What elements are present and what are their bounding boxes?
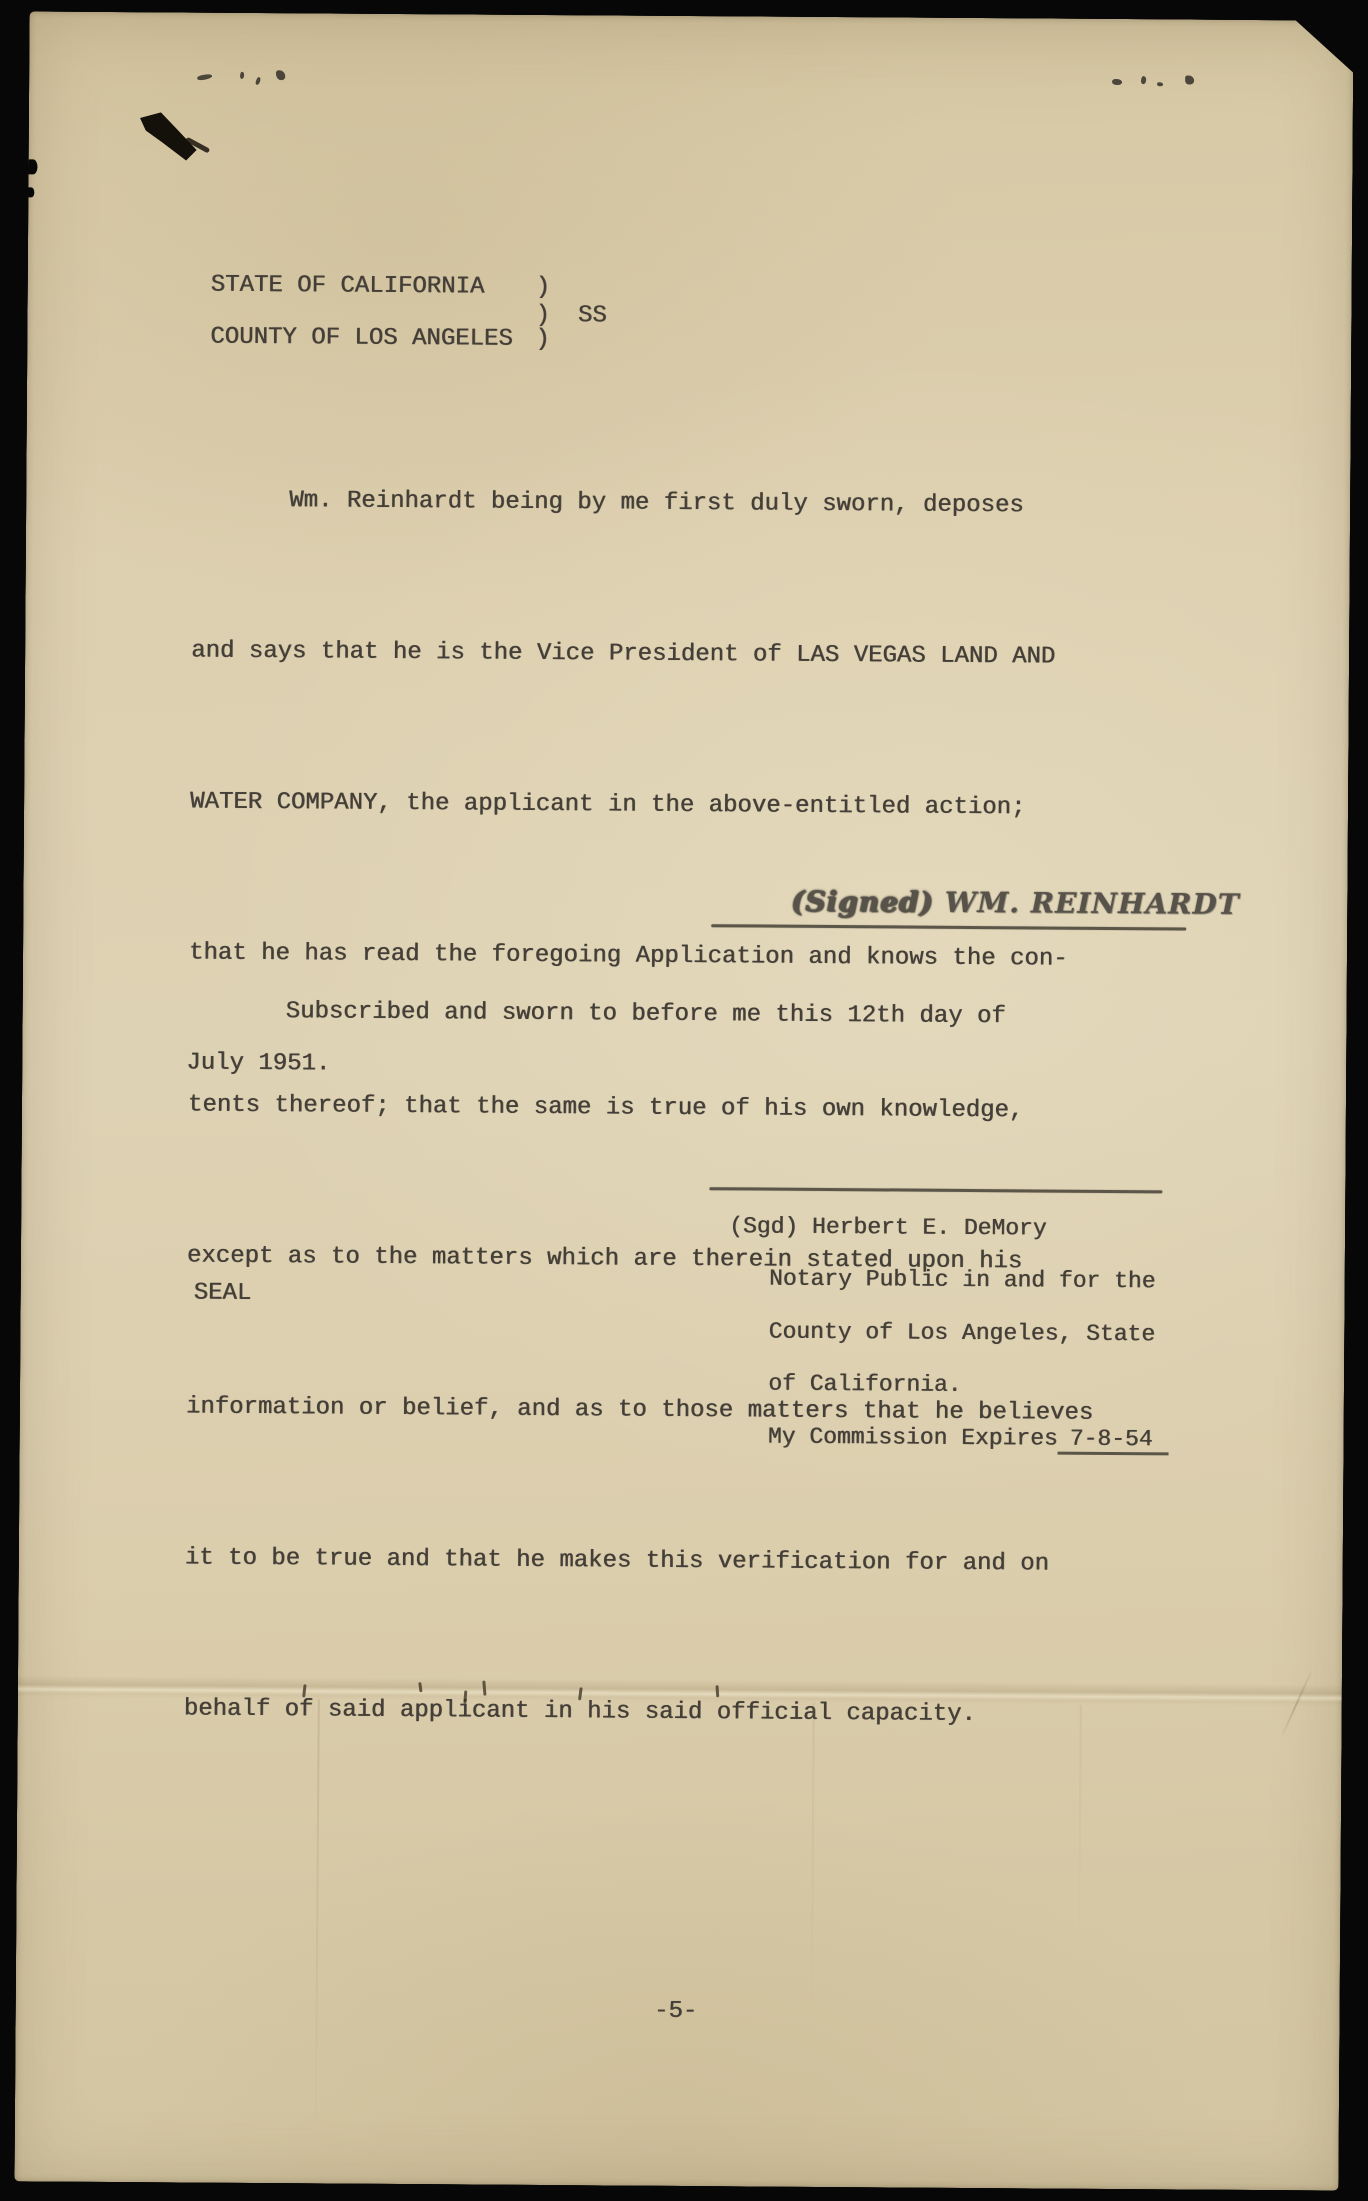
affidavit-line: Wm. Reinhardt being by me first duly swo…: [192, 475, 1182, 532]
affidavit-line: that he has read the foregoing Applicati…: [189, 929, 1179, 986]
document-page: STATE OF CALIFORNIA) )SS COUNTY OF LOS A…: [14, 11, 1353, 2190]
jurat-paren: ): [535, 325, 550, 355]
affidavit-line: WATER COMPANY, the applicant in the abov…: [190, 778, 1180, 835]
jurat-county-text: COUNTY OF LOS ANGELES: [210, 324, 513, 353]
notary-title-line: of California.: [768, 1371, 961, 1398]
affidavit-paragraph: Wm. Reinhardt being by me first duly swo…: [183, 375, 1183, 1844]
signature-stamp-name: WM. REINHARDT: [934, 886, 1240, 921]
seal-label: SEAL: [194, 1279, 252, 1309]
page-number: -5-: [616, 1997, 736, 2028]
notary-signature: (Sgd) Herbert E. DeMory: [714, 1213, 1170, 1242]
ink-speck: [255, 77, 262, 86]
ink-speck: [197, 73, 213, 81]
jurat-state-line: STATE OF CALIFORNIA): [211, 271, 485, 303]
ink-speck: [1140, 76, 1146, 85]
notary-commission-label: My Commission Expires: [768, 1424, 1058, 1452]
sworn-statement-line: Subscribed and sworn to before me this 1…: [286, 997, 1006, 1032]
sworn-statement-date: July 1951.: [186, 1049, 330, 1080]
ink-speck: [1112, 79, 1122, 85]
jurat-paren: ): [536, 273, 551, 303]
signature-stamp: (Signed) WM. REINHARDT: [791, 884, 1239, 923]
jurat-county-line: COUNTY OF LOS ANGELES): [210, 323, 513, 355]
ink-speck: [276, 70, 286, 81]
edge-notch: [28, 187, 34, 197]
ink-speck: [240, 72, 245, 80]
affidavit-line: tents thereof; that the same is true of …: [188, 1080, 1178, 1137]
ink-speck: [1185, 75, 1194, 84]
affidavit-line: and says that he is the Vice President o…: [191, 627, 1181, 684]
affidavit-line: it to be true and that he makes this ver…: [185, 1534, 1175, 1591]
jurat-state-text: STATE OF CALIFORNIA: [211, 272, 485, 301]
jurat-ss-text: SS: [578, 302, 607, 329]
ink-speck: [1157, 82, 1163, 86]
scanned-photo-background: { "jurat": { "state": "STATE OF CALIFORN…: [0, 0, 1368, 2201]
edge-notch: [28, 159, 37, 174]
notary-title-line: County of Los Angeles, State: [769, 1318, 1156, 1347]
signature-stamp-prefix: (Signed): [791, 885, 934, 919]
notary-title-line: Notary Public in and for the: [769, 1266, 1156, 1295]
notary-block: (Sgd) Herbert E. DeMory Notary Public in…: [712, 1160, 1170, 1482]
notary-commission-date: 7-8-54: [1058, 1426, 1169, 1456]
